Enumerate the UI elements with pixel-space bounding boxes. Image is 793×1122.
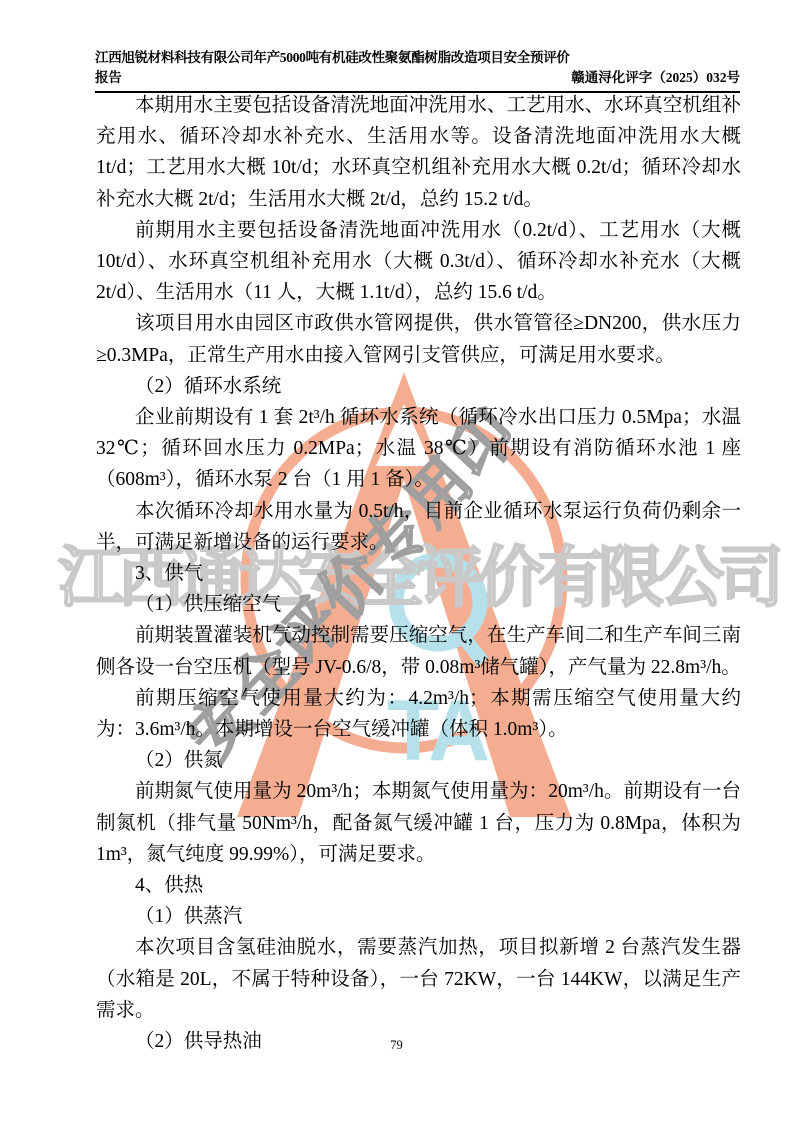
paragraph: 前期氮气使用量为 20m³/h；本期氮气使用量为：20m³/h。前期设有一台制氮…: [96, 776, 741, 870]
paragraph: 4、供热: [96, 870, 741, 901]
paragraph: （1）供压缩空气: [96, 589, 741, 620]
paragraph: 3、供气: [96, 558, 741, 589]
paragraph: 前期压缩空气使用量大约为：4.2m³/h；本期需压缩空气使用量大约为：3.6m³…: [96, 683, 741, 745]
paragraph: 前期用水主要包括设备清洗地面冲洗用水（0.2t/d）、工艺用水（大概 10t/d…: [96, 215, 741, 309]
paragraph: 本次循环冷却水用水量为 0.5t/h，目前企业循环水泵运行负荷仍剩余一半，可满足…: [96, 496, 741, 558]
paragraph: （1）供蒸汽: [96, 901, 741, 932]
header-doc-number: 赣通浔化评字（2025）032号: [571, 66, 740, 86]
paragraph: （2）循环水系统: [96, 371, 741, 402]
document-page: TA 江西通达安全评价有限公司 安全评价专用印 江西旭锐材料科技有限公司年产50…: [0, 0, 793, 1122]
header-report-title: 江西旭锐材料科技有限公司年产5000吨有机硅改性聚氨酯树脂改造项目安全预评价报告: [95, 46, 571, 86]
paragraph: 本次项目含氢硅油脱水，需要蒸汽加热，项目拟新增 2 台蒸汽发生器（水箱是 20L…: [96, 932, 741, 1026]
paragraph: 前期装置灌装机气动控制需要压缩空气，在生产车间二和生产车间三南侧各设一台空压机（…: [96, 620, 741, 682]
paragraph: 该项目用水由园区市政供水管网提供，供水管管径≥DN200，供水压力≥0.3MPa…: [96, 308, 741, 370]
paragraph: （2）供氮: [96, 745, 741, 776]
body-text: 本期用水主要包括设备清洗地面冲洗用水、工艺用水、水环真空机组补充用水、循环冷却水…: [96, 90, 741, 1057]
page-number: 79: [0, 1038, 793, 1053]
page-header: 江西旭锐材料科技有限公司年产5000吨有机硅改性聚氨酯树脂改造项目安全预评价报告…: [95, 46, 740, 93]
paragraph: 企业前期设有 1 套 2t³/h 循环水系统（循环冷水出口压力 0.5Mpa；水…: [96, 402, 741, 496]
paragraph: 本期用水主要包括设备清洗地面冲洗用水、工艺用水、水环真空机组补充用水、循环冷却水…: [96, 90, 741, 215]
